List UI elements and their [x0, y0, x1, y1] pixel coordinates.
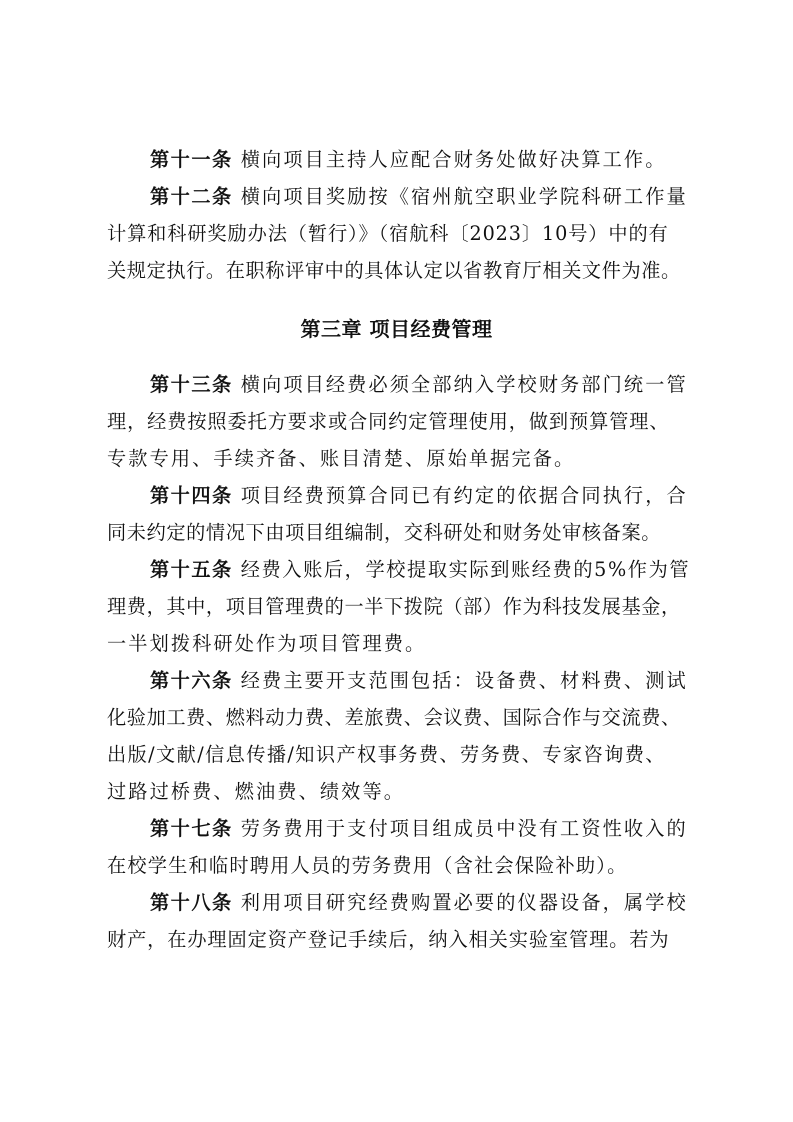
- article-16-text: 经费主要开支范围包括：设备费、材料费、测试: [241, 669, 688, 692]
- article-16-line-4: 过路过桥费、燃油费、绩效等。: [107, 777, 707, 807]
- article-12-text: 横向项目奖励按《宿州航空职业学院科研工作量: [241, 185, 688, 208]
- document-page: 第十一条横向项目主持人应配合财务处做好决算工作。 第十二条横向项目奖励按《宿州航…: [0, 0, 793, 1122]
- article-14-text: 项目经费预算合同已有约定的依据合同执行，合: [241, 484, 688, 507]
- article-11-text: 横向项目主持人应配合财务处做好决算工作。: [241, 148, 667, 171]
- article-14-line-2: 同未约定的情况下由项目组编制，交科研处和财务处审核备案。: [107, 518, 707, 548]
- article-12-line-1: 第十二条横向项目奖励按《宿州航空职业学院科研工作量: [150, 182, 707, 212]
- article-12-line-2: 计算和科研奖励办法（暂行）》（宿航科〔2023〕10号）中的有: [107, 219, 707, 249]
- article-15-line-2: 理费，其中，项目管理费的一半下拨院（部）作为科技发展基金，: [107, 592, 707, 622]
- article-17-line-2: 在校学生和临时聘用人员的劳务费用（含社会保险补助）。: [107, 851, 707, 881]
- article-13-text: 横向项目经费必须全部纳入学校财务部门统一管: [241, 373, 688, 396]
- article-17-text: 劳务费用于支付项目组成员中没有工资性收入的: [241, 817, 688, 840]
- article-18-text: 利用项目研究经费购置必要的仪器设备，属学校: [241, 891, 688, 914]
- article-13-line-3: 专款专用、手续齐备、账目清楚、原始单据完备。: [107, 444, 707, 474]
- article-16-lead: 第十六条: [150, 669, 233, 692]
- article-17-line-1: 第十七条劳务费用于支付项目组成员中没有工资性收入的: [150, 814, 707, 844]
- article-17-lead: 第十七条: [150, 817, 233, 840]
- article-18-line-1: 第十八条利用项目研究经费购置必要的仪器设备，属学校: [150, 888, 707, 918]
- article-15-line-3: 一半划拨科研处作为项目管理费。: [107, 629, 707, 659]
- article-18-lead: 第十八条: [150, 891, 233, 914]
- article-16-line-1: 第十六条经费主要开支范围包括：设备费、材料费、测试: [150, 666, 707, 696]
- article-11-lead: 第十一条: [150, 148, 233, 171]
- article-14-line-1: 第十四条项目经费预算合同已有约定的依据合同执行，合: [150, 481, 707, 511]
- article-15-line-1: 第十五条经费入账后，学校提取实际到账经费的5%作为管: [150, 555, 707, 585]
- chapter-heading: 第三章 项目经费管理: [0, 313, 793, 345]
- article-13-line-1: 第十三条横向项目经费必须全部纳入学校财务部门统一管: [150, 370, 707, 400]
- article-11-line-1: 第十一条横向项目主持人应配合财务处做好决算工作。: [150, 145, 707, 175]
- article-13-line-2: 理，经费按照委托方要求或合同约定管理使用，做到预算管理、: [107, 407, 707, 437]
- article-14-lead: 第十四条: [150, 484, 233, 507]
- article-16-line-3: 出版/文献/信息传播/知识产权事务费、劳务费、专家咨询费、: [107, 740, 707, 770]
- article-18-line-2: 财产，在办理固定资产登记手续后，纳入相关实验室管理。若为: [107, 925, 707, 955]
- article-15-lead: 第十五条: [150, 558, 233, 581]
- article-15-text: 经费入账后，学校提取实际到账经费的5%作为管: [241, 558, 690, 581]
- article-12-lead: 第十二条: [150, 185, 233, 208]
- article-12-line-3: 关规定执行。在职称评审中的具体认定以省教育厅相关文件为准。: [107, 256, 707, 286]
- article-13-lead: 第十三条: [150, 373, 233, 396]
- article-16-line-2: 化验加工费、燃料动力费、差旅费、会议费、国际合作与交流费、: [107, 703, 707, 733]
